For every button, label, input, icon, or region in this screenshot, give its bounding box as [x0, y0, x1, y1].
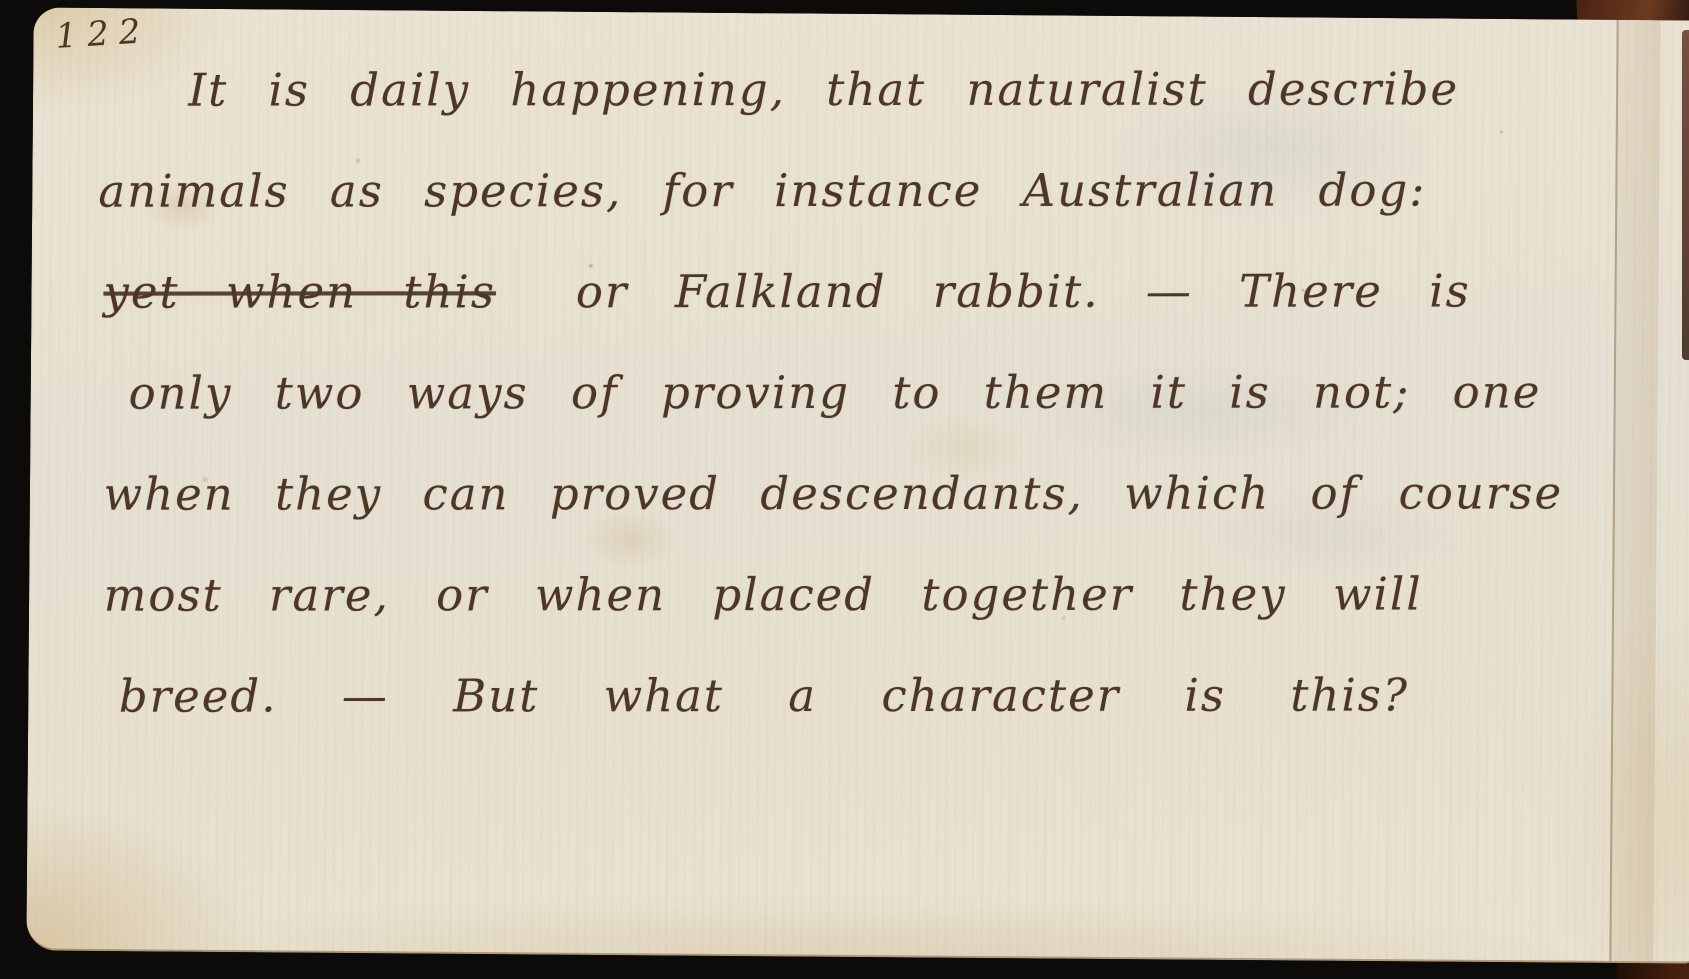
handwritten-text: breed. — But what a character is this?: [119, 669, 1409, 723]
page-number: 122: [54, 11, 151, 57]
manuscript-line: only two ways of proving to them it is n…: [64, 365, 1633, 467]
handwritten-text: or Falkland rabbit. — There is: [576, 264, 1471, 318]
binding-leather-side-icon: [1682, 30, 1689, 360]
manuscript-line: yet when thisor Falkland rabbit. — There…: [63, 264, 1632, 366]
handwritten-text: when they can proved descendants, which …: [104, 466, 1563, 520]
photo-background: 122 It is daily happening, that naturali…: [0, 0, 1689, 979]
handwritten-text: most rare, or when placed together they …: [104, 568, 1423, 622]
manuscript-line: when they can proved descendants, which …: [64, 466, 1633, 568]
manuscript-lines: It is daily happening, that naturalist d…: [63, 62, 1633, 770]
handwritten-text: animals as species, for instance Austral…: [98, 164, 1426, 218]
manuscript-line: It is daily happening, that naturalist d…: [63, 62, 1632, 164]
notebook-page: 122 It is daily happening, that naturali…: [26, 7, 1689, 963]
manuscript-line: most rare, or when placed together they …: [64, 567, 1633, 669]
struck-handwritten-text: yet when this: [103, 265, 495, 318]
manuscript-line: breed. — But what a character is this?: [64, 668, 1633, 770]
handwritten-text: It is daily happening, that naturalist d…: [188, 62, 1459, 116]
manuscript-line: animals as species, for instance Austral…: [63, 163, 1632, 265]
handwritten-text: only two ways of proving to them it is n…: [129, 365, 1542, 419]
